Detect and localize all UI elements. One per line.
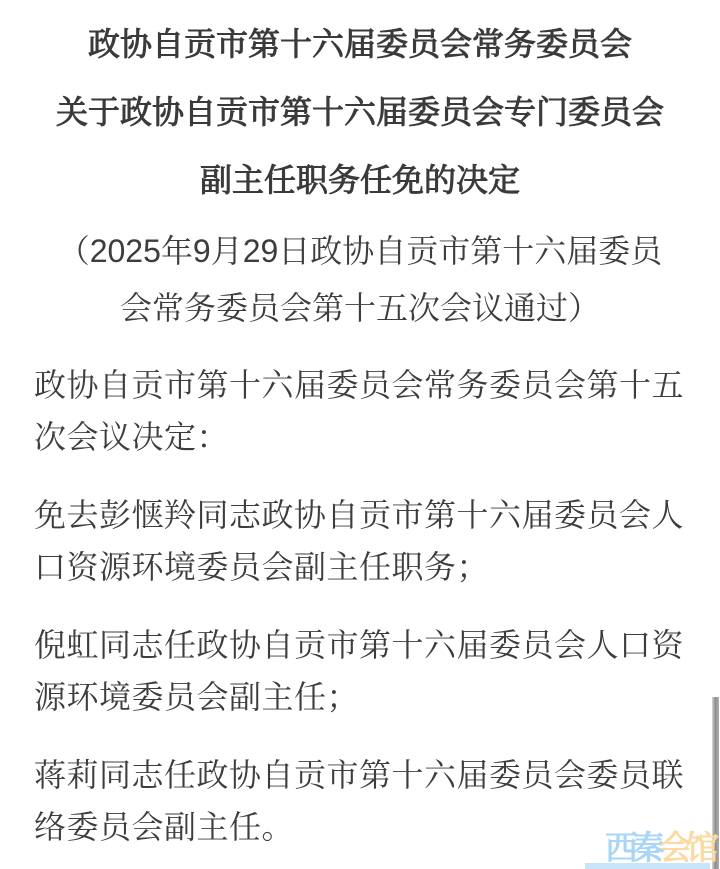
watermark: 西秦会馆 <box>605 831 713 864</box>
document-title: 政协自贡市第十六届委员会常务委员会 关于政协自贡市第十六届委员会专门委员会 副主… <box>0 0 720 214</box>
meeting-passed-note: （2025年9月29日政协自贡市第十六届委员 会常务委员会第十五次会议通过） <box>0 223 720 337</box>
body-paragraph-line: 政协自贡市第十六届委员会常务委员会第十五 <box>34 359 686 411</box>
body-paragraph-line: 蒋莉同志任政协自贡市第十六届委员会委员联 <box>34 749 686 801</box>
scrollbar-thumb[interactable] <box>712 697 719 869</box>
meeting-passed-note-line-1: （2025年9月29日政协自贡市第十六届委员 <box>0 223 720 280</box>
document-body: 政协自贡市第十六届委员会常务委员会第十五 次会议决定： 免去彭惬羚同志政协自贡市… <box>0 359 720 853</box>
document-title-line-2: 关于政协自贡市第十六届委员会专门委员会 <box>0 78 720 146</box>
body-paragraph-line: 源环境委员会副主任； <box>34 671 686 723</box>
body-paragraph-line: 口资源环境委员会副主任职务； <box>34 541 686 593</box>
watermark-text-primary: 西秦 <box>605 829 659 866</box>
body-paragraph-line: 倪虹同志任政协自贡市第十六届委员会人口资 <box>34 619 686 671</box>
body-paragraph-appointment-2: 蒋莉同志任政协自贡市第十六届委员会委员联 络委员会副主任。 <box>34 749 686 853</box>
body-paragraph-line: 免去彭惬羚同志政协自贡市第十六届委员会人 <box>34 489 686 541</box>
body-paragraph-decision-intro: 政协自贡市第十六届委员会常务委员会第十五 次会议决定： <box>34 359 686 463</box>
meeting-passed-note-line-2: 会常务委员会第十五次会议通过） <box>0 280 720 337</box>
body-paragraph-removal: 免去彭惬羚同志政协自贡市第十六届委员会人 口资源环境委员会副主任职务； <box>34 489 686 593</box>
body-paragraph-line: 次会议决定： <box>34 411 686 463</box>
watermark-text-secondary: 会馆 <box>659 829 713 866</box>
document-title-line-1: 政协自贡市第十六届委员会常务委员会 <box>0 10 720 78</box>
body-paragraph-appointment-1: 倪虹同志任政协自贡市第十六届委员会人口资 源环境委员会副主任； <box>34 619 686 723</box>
body-paragraph-line: 络委员会副主任。 <box>34 801 686 853</box>
document-page: 政协自贡市第十六届委员会常务委员会 关于政协自贡市第十六届委员会专门委员会 副主… <box>0 0 720 869</box>
document-title-line-3: 副主任职务任免的决定 <box>0 146 720 214</box>
